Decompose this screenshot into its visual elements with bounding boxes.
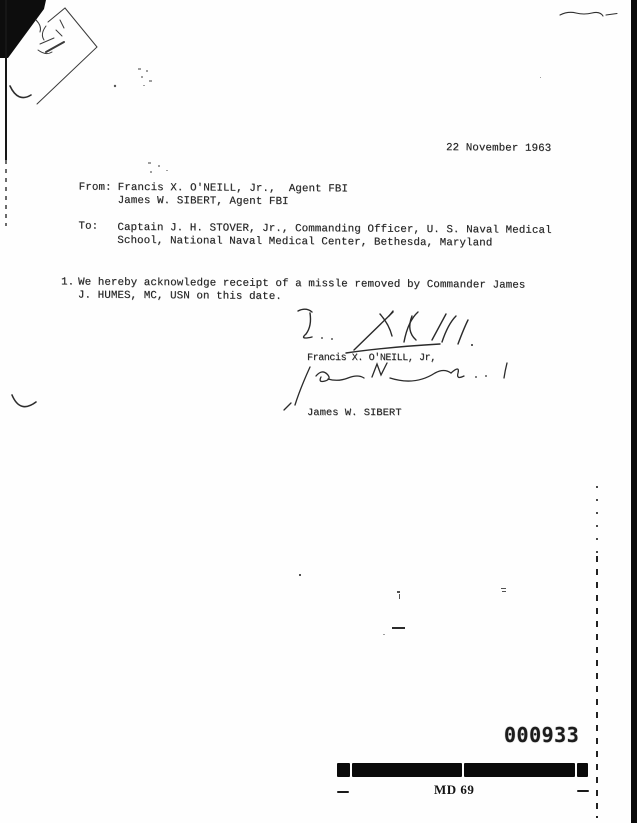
scan-speck: [158, 165, 160, 167]
to-label: To:: [78, 221, 98, 234]
scan-speck: [138, 68, 141, 70]
date-line: 22 November 1963: [446, 142, 551, 156]
scan-speck: [149, 80, 152, 82]
signature-typed-name-sibert: James W. SIBERT: [307, 407, 402, 420]
bar-segment: [577, 763, 588, 777]
right-dashed-fold-line: [596, 556, 598, 818]
scan-speck: [148, 162, 151, 164]
signature-oneill-handwriting: [288, 306, 478, 358]
scan-speck: [540, 77, 541, 78]
scan-speck: [397, 591, 400, 593]
scan-speck: [150, 171, 152, 173]
page-number-stamp: 000933: [504, 723, 579, 747]
scan-speck: [299, 574, 301, 576]
bar-segment: [352, 763, 462, 777]
from-label: From:: [79, 182, 112, 195]
scan-speck: [146, 70, 148, 72]
footer-dash-left: [337, 791, 349, 793]
scan-dash-mark: [392, 627, 405, 629]
scan-speck: [166, 170, 168, 171]
scan-speck: [383, 634, 385, 635]
scanned-memo-page: 22 November 1963 From: Francis X. O'NEIL…: [0, 0, 637, 823]
black-exhibit-bar: [337, 763, 588, 777]
exhibit-id-label: MD 69: [434, 782, 474, 798]
scan-speck: [502, 591, 506, 592]
to-line: School, National Naval Medical Center, B…: [117, 235, 492, 251]
body-item-number: 1.: [61, 276, 74, 289]
scan-speck: [501, 588, 506, 589]
body-line: J. HUMES, MC, USN on this date.: [78, 290, 282, 304]
footer-dash-right: [577, 790, 589, 792]
bar-segment: [464, 763, 575, 777]
scan-speck: [141, 76, 143, 78]
bar-segment: [337, 763, 350, 777]
right-dotted-fold-line: [596, 486, 598, 556]
from-line: James W. SIBERT, Agent FBI: [118, 195, 289, 209]
scan-speck: [399, 594, 400, 599]
scan-speck: [143, 85, 145, 86]
